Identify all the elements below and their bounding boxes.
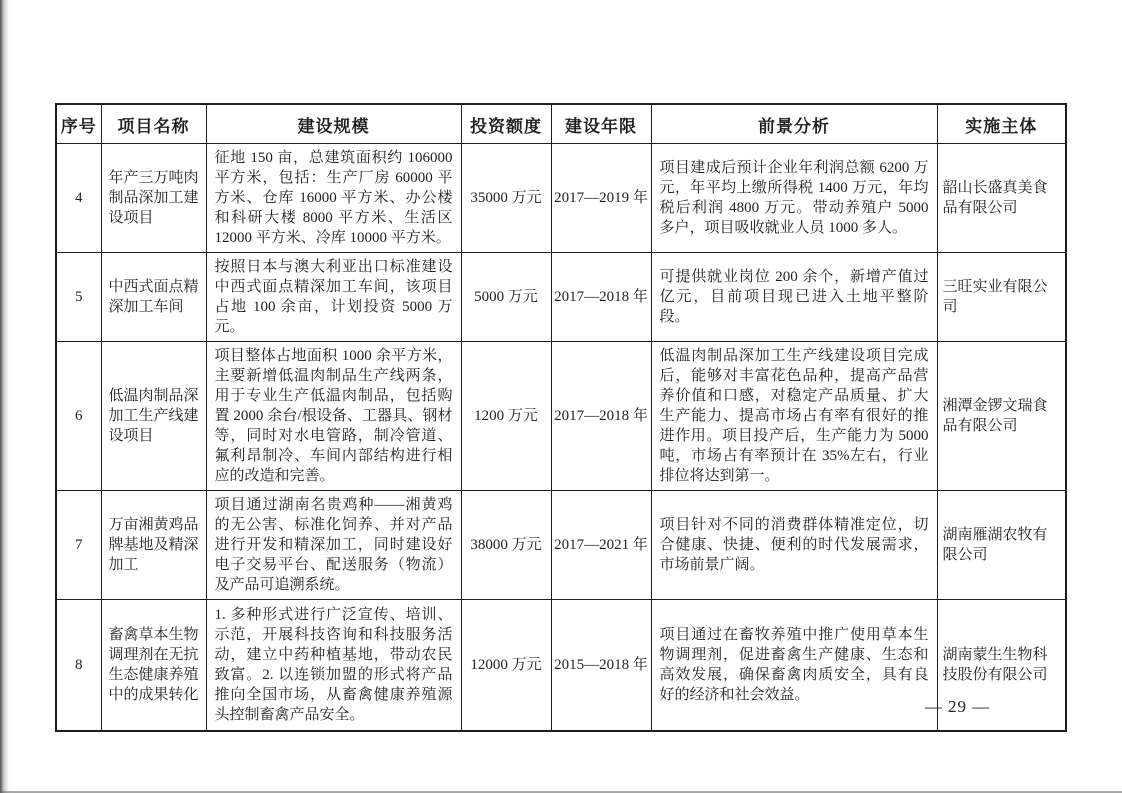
cell-name: 畜禽草本生物调理剂在无抗生态健康养殖中的成果转化 — [101, 600, 206, 731]
cell-entity: 湖南雁湖农牧有限公司 — [937, 491, 1066, 600]
cell-prospect: 可提供就业岗位 200 余个，新增产值过亿元，目前项目现已进入土地平整阶段。 — [651, 253, 937, 342]
cell-scale: 征地 150 亩，总建筑面积约 106000 平方米，包括：生产厂房 60000… — [206, 144, 461, 253]
column-header-scale: 建设规模 — [206, 104, 461, 144]
cell-name: 万亩湘黄鸡品牌基地及精深加工 — [101, 491, 206, 600]
cell-years: 2015—2018 年 — [551, 600, 651, 731]
table-row: 4 年产三万吨肉制品深加工建设项目 征地 150 亩，总建筑面积约 106000… — [56, 144, 1066, 253]
cell-years: 2017—2018 年 — [551, 253, 651, 342]
cell-prospect: 项目建成后预计企业年利润总额 6200 万元，年平均上缴所得税 1400 万元，… — [651, 144, 937, 253]
cell-name: 中西式面点精深加工车间 — [101, 253, 206, 342]
cell-no: 8 — [56, 600, 101, 731]
cell-name: 年产三万吨肉制品深加工建设项目 — [101, 144, 206, 253]
column-header-years: 建设年限 — [551, 104, 651, 144]
cell-no: 4 — [56, 144, 101, 253]
cell-no: 7 — [56, 491, 101, 600]
column-header-no: 序号 — [56, 104, 101, 144]
table-row: 7 万亩湘黄鸡品牌基地及精深加工 项目通过湖南名贵鸡种——湘黄鸡的无公害、标准化… — [56, 491, 1066, 600]
cell-entity: 湘潭金锣文瑞食品有限公司 — [937, 342, 1066, 491]
cell-no: 6 — [56, 342, 101, 491]
cell-scale: 项目整体占地面积 1000 余平方米，主要新增低温肉制品生产线两条，用于专业生产… — [206, 342, 461, 491]
cell-scale: 按照日本与澳大利亚出口标准建设中西式面点精深加工车间，该项目占地 100 余亩，… — [206, 253, 461, 342]
table-body: 4 年产三万吨肉制品深加工建设项目 征地 150 亩，总建筑面积约 106000… — [56, 144, 1066, 731]
cell-investment: 12000 万元 — [461, 600, 551, 731]
projects-table: 序号 项目名称 建设规模 投资额度 建设年限 前景分析 实施主体 4 年产三万吨… — [55, 103, 1067, 732]
cell-no: 5 — [56, 253, 101, 342]
cell-investment: 35000 万元 — [461, 144, 551, 253]
cell-years: 2017—2019 年 — [551, 144, 651, 253]
page-left-scan-edge — [0, 0, 9, 793]
header-row: 序号 项目名称 建设规模 投资额度 建设年限 前景分析 实施主体 — [56, 104, 1066, 144]
cell-scale: 1. 多种形式进行广泛宣传、培训、示范，开展科技咨询和科技服务活动，建立中药种植… — [206, 600, 461, 731]
column-header-name: 项目名称 — [101, 104, 206, 144]
cell-investment: 5000 万元 — [461, 253, 551, 342]
column-header-investment: 投资额度 — [461, 104, 551, 144]
cell-investment: 1200 万元 — [461, 342, 551, 491]
page-number: — 29 — — [865, 697, 1050, 717]
document-page: { "ink_color": "#1f1f1f", "border_color"… — [0, 0, 1122, 793]
cell-prospect: 项目针对不同的消费群体精准定位，切合健康、快捷、便利的时代发展需求，市场前景广阔… — [651, 491, 937, 600]
table-row: 5 中西式面点精深加工车间 按照日本与澳大利亚出口标准建设中西式面点精深加工车间… — [56, 253, 1066, 342]
cell-scale: 项目通过湖南名贵鸡种——湘黄鸡的无公害、标准化饲养、并对产品进行开发和精深加工，… — [206, 491, 461, 600]
cell-investment: 38000 万元 — [461, 491, 551, 600]
cell-prospect: 低温肉制品深加工生产线建设项目完成后，能够对丰富花色品种，提高产品营养价值和口感… — [651, 342, 937, 491]
cell-entity: 韶山长盛真美食品有限公司 — [937, 144, 1066, 253]
column-header-prospect: 前景分析 — [651, 104, 937, 144]
cell-years: 2017—2018 年 — [551, 342, 651, 491]
column-header-entity: 实施主体 — [937, 104, 1066, 144]
cell-entity: 三旺实业有限公司 — [937, 253, 1066, 342]
cell-name: 低温肉制品深加工生产线建设项目 — [101, 342, 206, 491]
table-header: 序号 项目名称 建设规模 投资额度 建设年限 前景分析 实施主体 — [56, 104, 1066, 144]
cell-years: 2017—2021 年 — [551, 491, 651, 600]
table-row: 6 低温肉制品深加工生产线建设项目 项目整体占地面积 1000 余平方米，主要新… — [56, 342, 1066, 491]
